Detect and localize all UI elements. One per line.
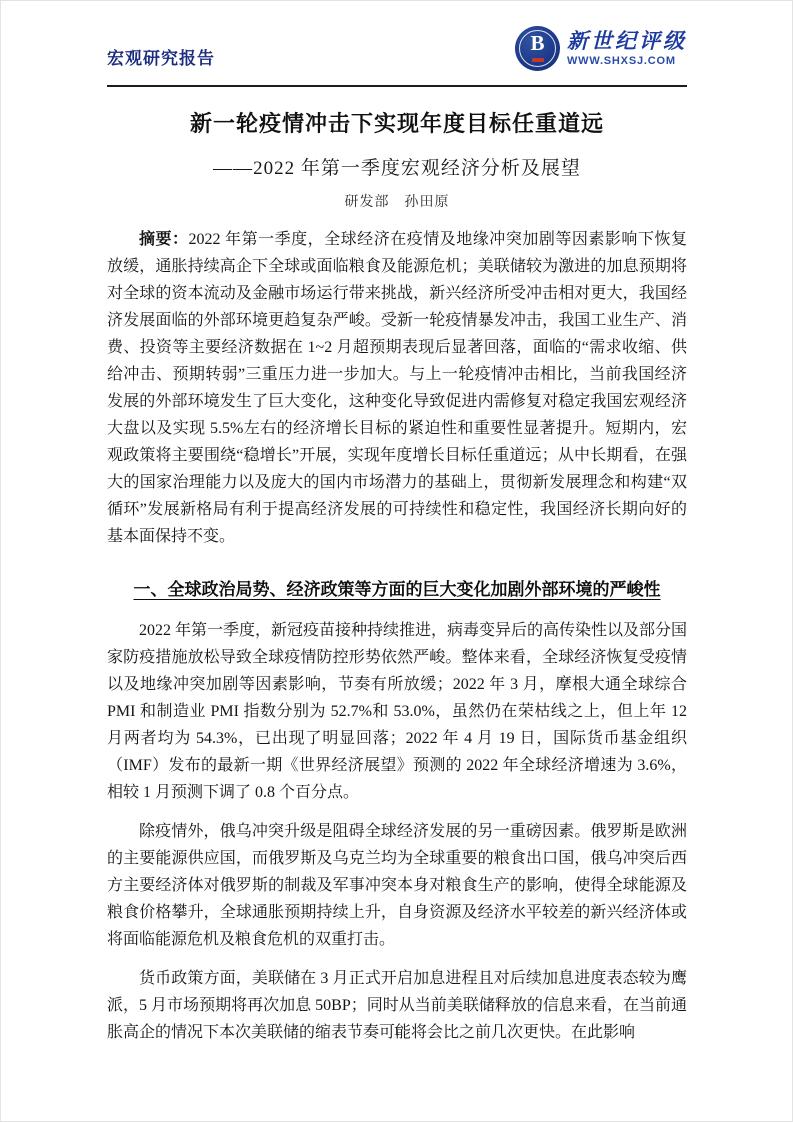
brand-url: WWW.SHXSJ.COM: [567, 55, 687, 67]
body-paragraph-2: 除疫情外，俄乌冲突升级是阻碍全球经济发展的另一重磅因素。俄罗斯是欧洲的主要能源供…: [107, 818, 687, 953]
brand-text: 新世纪评级 WWW.SHXSJ.COM: [567, 30, 687, 67]
document-title: 新一轮疫情冲击下实现年度目标任重道远: [107, 107, 687, 138]
author-byline: 研发部 孙田原: [107, 191, 687, 211]
logo-badge: [532, 58, 544, 62]
header-divider: [107, 85, 687, 87]
document-subtitle: ——2022 年第一季度宏观经济分析及展望: [107, 153, 687, 180]
brand-block: B 新世纪评级 WWW.SHXSJ.COM: [515, 26, 687, 71]
page-number: 1: [1, 1024, 792, 1039]
report-page: 宏观研究报告 B 新世纪评级 WWW.SHXSJ.COM 新一轮疫情冲击下实现年…: [0, 0, 793, 1122]
brand-name: 新世纪评级: [567, 30, 687, 53]
company-logo-icon: B: [515, 26, 560, 71]
section-1-heading: 一、全球政治局势、经济政策等方面的巨大变化加剧外部环境的严峻性: [107, 575, 687, 600]
logo-monogram: B: [515, 33, 560, 54]
abstract-paragraph: 摘要：2022 年第一季度，全球经济在疫情及地缘冲突加剧等因素影响下恢复放缓，通…: [107, 226, 687, 550]
abstract-text: 2022 年第一季度，全球经济在疫情及地缘冲突加剧等因素影响下恢复放缓，通胀持续…: [107, 231, 687, 545]
page-header: 宏观研究报告 B 新世纪评级 WWW.SHXSJ.COM: [107, 25, 687, 71]
body-paragraph-1: 2022 年第一季度，新冠疫苗接种持续推进，病毒变异后的高传染性以及部分国家防疫…: [107, 617, 687, 806]
abstract-label: 摘要：: [139, 231, 189, 248]
report-type-label: 宏观研究报告: [107, 44, 215, 71]
